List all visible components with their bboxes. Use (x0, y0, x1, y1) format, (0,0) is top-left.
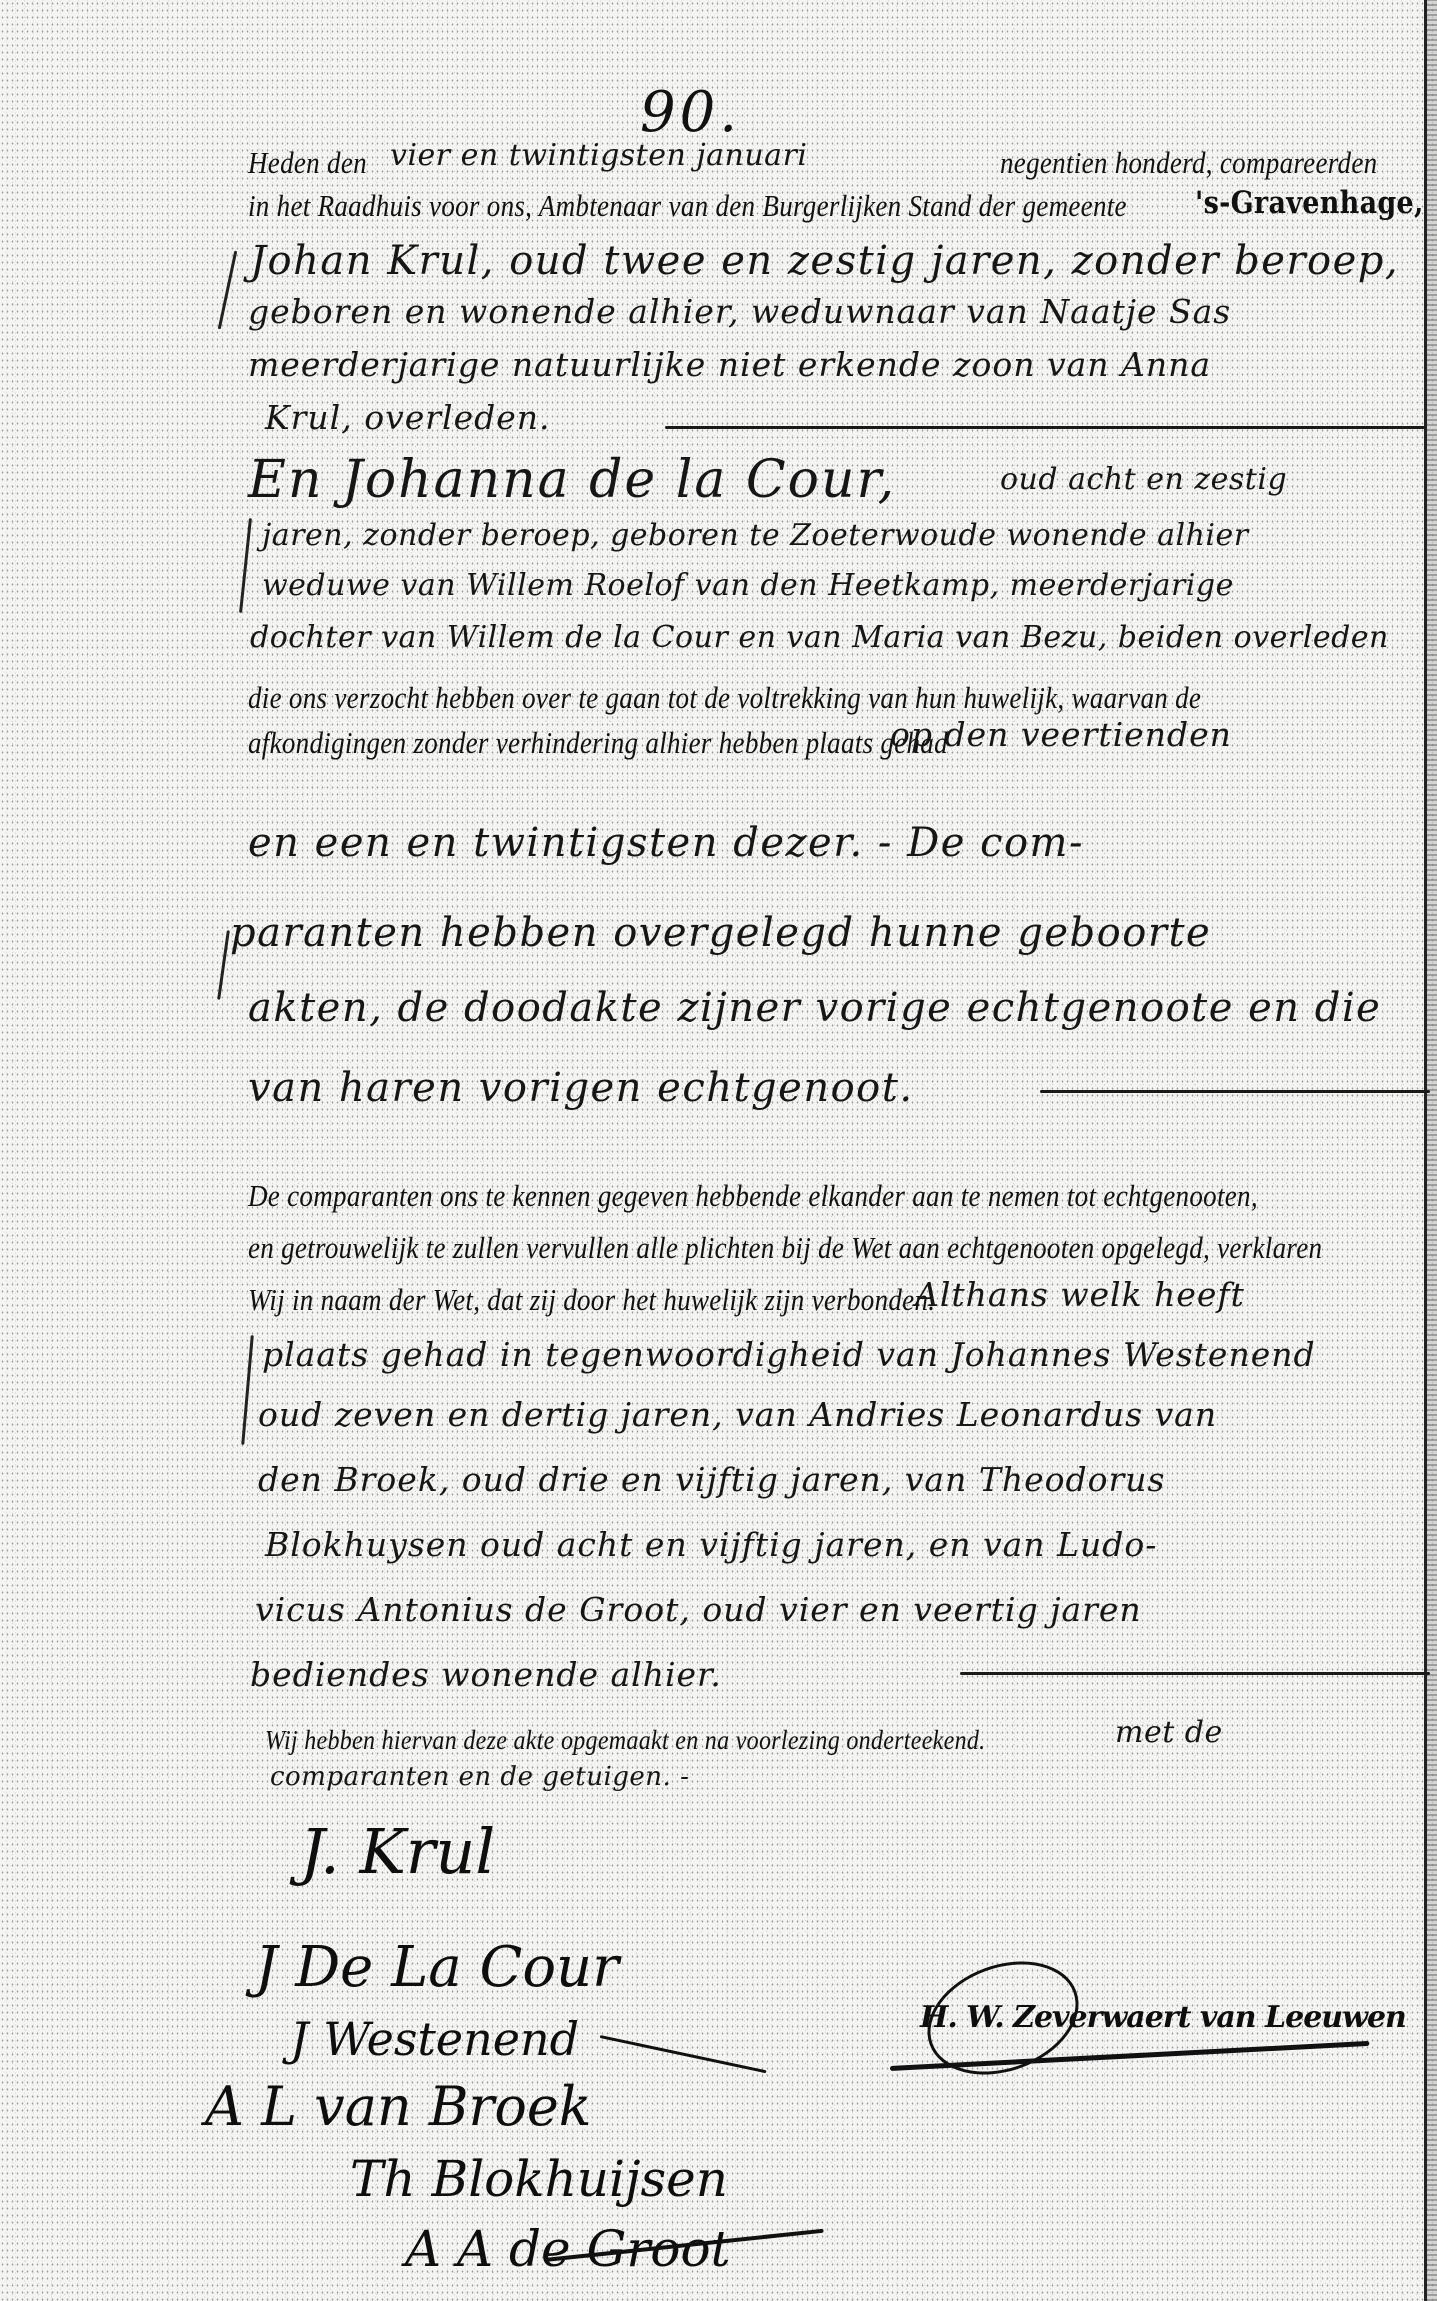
page-border-line (1424, 0, 1427, 2301)
signature-witness-1: J Westenend (290, 2012, 579, 2066)
signature-witness-4: A A de Groot (405, 2220, 731, 2278)
printed-text: die ons verzocht hebben over te gaan tot… (248, 680, 1201, 716)
bride-description: dochter van Willem de la Cour en van Mar… (250, 620, 1389, 655)
handwritten-text: Althans welk heeft (915, 1275, 1245, 1314)
handwritten-text: comparanten en de getuigen. - (270, 1762, 689, 1792)
printed-text: negentien honderd, compareerden (1000, 145, 1377, 181)
groom-description: geboren en wonende alhier, weduwnaar van… (248, 292, 1231, 331)
bride-name: En Johanna de la Cour, (248, 450, 896, 510)
printed-text: De comparanten ons te kennen gegeven heb… (248, 1178, 1258, 1214)
fill-line (1040, 1090, 1430, 1093)
margin-stroke (218, 251, 238, 330)
printed-text: in het Raadhuis voor ons, Ambtenaar van … (248, 188, 1127, 224)
fill-line (960, 1672, 1430, 1675)
printed-text: en getrouwelijk te zullen vervullen alle… (248, 1230, 1322, 1266)
handwritten-text: akten, de doodakte zijner vorige echtgen… (248, 985, 1381, 1031)
printed-text: afkondigingen zonder verhindering alhier… (248, 725, 948, 761)
witness-description: bediendes wonende alhier. (250, 1655, 722, 1694)
witness-description: Blokhuysen oud acht en vijftig jaren, en… (265, 1525, 1157, 1564)
signature-groom: J. Krul (300, 1815, 495, 1888)
bride-description: oud acht en zestig (1000, 462, 1287, 497)
handwritten-text: van haren vorigen echtgenoot. (248, 1065, 914, 1111)
signature-witness-3: Th Blokhuijsen (350, 2150, 728, 2208)
printed-text: Wij hebben hiervan deze akte opgemaakt e… (265, 1726, 985, 1757)
fill-line (665, 426, 1425, 429)
groom-description: Johan Krul, oud twee en zestig jaren, zo… (250, 238, 1399, 284)
handwritten-text: en een en twintigsten dezer. - De com- (248, 820, 1084, 866)
margin-stroke (239, 518, 252, 613)
bride-description: weduwe van Willem Roelof van den Heetkam… (262, 568, 1234, 603)
handwritten-date: vier en twintigsten januari (390, 138, 808, 173)
municipality-name: 's-Gravenhage, (1195, 185, 1424, 221)
handwritten-dates: op den veertienden (890, 715, 1232, 754)
signature-bride: J De La Cour (255, 1935, 619, 2000)
handwritten-text: paranten hebben overgelegd hunne geboort… (230, 910, 1211, 956)
printed-text: Wij in naam der Wet, dat zij door het hu… (248, 1282, 935, 1318)
printed-text: Heden den (248, 145, 367, 181)
bride-description: jaren, zonder beroep, geboren te Zoeterw… (262, 518, 1249, 553)
groom-description: meerderjarige natuurlijke niet erkende z… (248, 345, 1211, 384)
signature-witness-2: A L van Broek (205, 2075, 592, 2138)
groom-description: Krul, overleden. (265, 398, 551, 437)
registrar-loop (912, 1942, 1095, 2095)
page-number: 90. (640, 80, 741, 145)
page-edge-shadow (1427, 0, 1437, 2301)
witness-description: plaats gehad in tegenwoordigheid van Joh… (262, 1335, 1316, 1374)
witness-description: den Broek, oud drie en vijftig jaren, va… (258, 1460, 1165, 1499)
margin-stroke (241, 1335, 254, 1445)
witness-description: oud zeven en dertig jaren, van Andries L… (258, 1395, 1217, 1434)
signature-flourish (600, 2035, 767, 2073)
witness-description: vicus Antonius de Groot, oud vier en vee… (255, 1590, 1142, 1629)
handwritten-text: met de (1115, 1715, 1223, 1750)
margin-stroke (217, 930, 230, 1000)
